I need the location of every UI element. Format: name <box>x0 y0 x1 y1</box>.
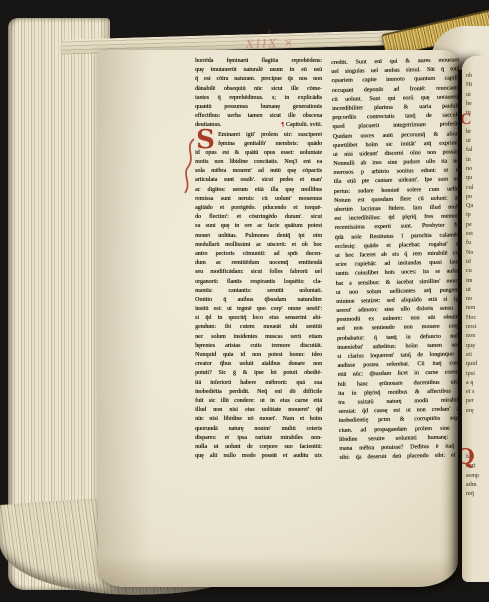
text-line: creator q̄bus uoluit aīalibus donare non <box>195 360 322 369</box>
margin-annotation: XIIX × <box>246 36 296 51</box>
left-text-column: horrēda fęminarū flagitia reprehēdens:qu… <box>195 57 322 461</box>
text-line: et s <box>466 388 489 397</box>
margin-annotation-small: t· <box>268 28 273 36</box>
text-line: tantes q̄ reprehēdimus. s; in explicādis <box>195 94 322 103</box>
text-line: ui <box>466 137 489 146</box>
text-line: sibi: q̄a deseruit deū placendo sibi: et… <box>339 451 467 463</box>
text-line: agitādo et porrigēdo. pducendo et torquē… <box>195 204 322 213</box>
text-line: cu <box>466 267 489 276</box>
text-line: remissa sunt neruis: cū uolum' mouemus <box>195 195 322 204</box>
text-line: semp <box>466 472 489 481</box>
right-text-column: credūt. Sunt enī qui & aures moueantuel … <box>331 56 467 463</box>
text-line: dānabilē obsequiū nūc sicut ille cōme- <box>195 85 322 94</box>
text-line: pe <box>466 221 489 230</box>
text-line: effectibus: uerba tamen sicut ille obsce… <box>195 112 322 121</box>
text-line: nūc nisi libidine nō mouet'. Nam et hoīm <box>195 415 322 424</box>
text-line: adm <box>466 481 489 490</box>
text-line: ea sunt quę in ore ac facie quātum potes… <box>195 222 322 231</box>
text-line: No <box>466 249 489 258</box>
text-line: be <box>466 100 489 109</box>
text-line: antro pectoris cōmuniti: ad spm̄ ducen- <box>195 250 322 259</box>
text-line: dispares: et ipsa raritate mirabiles non… <box>195 434 322 443</box>
text-line: gendum: ibi cutem moueāt ubi sentiūt <box>195 323 322 332</box>
text-line: fu <box>466 239 489 248</box>
text-line: potuit? Sic ḡ & ipse hō potuit obediē- <box>195 369 322 378</box>
text-line: ipsi <box>466 370 489 379</box>
text-line: in <box>466 156 489 165</box>
text-line: non <box>466 332 489 341</box>
text-line: Eminaret igit' prolem uir: susciperet <box>218 131 322 140</box>
text-line: quę alii nullo modo possūt et auditu uix <box>195 452 322 461</box>
text-line: q̄ est cōtra naturam. precipue q̄s nos n… <box>195 75 322 84</box>
text-line: a q <box>466 379 489 388</box>
text-line: quorundā naturę nouim' multū ceteris <box>195 425 322 434</box>
text-line: inobediētia perdidit. Neq̄ enī dō diffic… <box>195 388 322 397</box>
text-line: ut <box>466 286 489 295</box>
main-page: t· XIIX × horrēda fęminarū flagitia repr… <box>98 50 458 587</box>
text-line: Nunquid quia id non potest homo: ideo <box>195 351 322 360</box>
text-line: tiā inferiorū habere mēbrorū: quā sua <box>195 379 322 388</box>
text-line: cul <box>466 184 489 193</box>
text-line: nec solum insidentes muscas uerū etiam <box>195 333 322 342</box>
text-line: sti <box>466 351 489 360</box>
text-line: no <box>466 165 489 174</box>
text-line <box>466 435 489 444</box>
text-line: Qu <box>466 202 489 211</box>
text-line: motis non libidine concitatis. Neq3 eni … <box>195 158 322 167</box>
text-line: quantū possumus humanę generationis <box>195 103 322 112</box>
text-line: insitū est: ut tegmē quo corp' omne uest… <box>195 305 322 314</box>
text-line: organorū: flantis respirantis loquētis: … <box>195 278 322 287</box>
next-page-edge: obHiuibetubruifalinnoquculpoQuippeestfuN… <box>462 56 489 582</box>
text-line: si q̄d in quocūq̄ loco eius senserint ab… <box>195 314 322 323</box>
text-line: fuit sic illū condere: ut in eius carne … <box>195 397 322 406</box>
text-line: Omitto q̄ auibus q̄busdam naturaliter <box>195 296 322 305</box>
text-line: br <box>466 128 489 137</box>
text-line: sola mēbra mouem' ad nutū quę cōpactis <box>195 167 322 176</box>
text-line: articulata sunt ossib'. sicut pedes et m… <box>195 176 322 185</box>
text-line: mouet uolūtas. Pulmones deniq̄ ipi oīm <box>195 232 322 241</box>
text-line: Hi <box>466 81 489 90</box>
text-line <box>466 425 489 434</box>
text-line: qu <box>466 174 489 183</box>
drop-cap-initial: S <box>195 131 216 149</box>
text-line: quę imutauerūt naturalē usum in eū usū <box>195 66 322 75</box>
text-line: ac digitos: uerum etiā illa quę mollibus <box>195 186 322 195</box>
text-line: erę <box>466 407 489 416</box>
text-line: mantis: cantantis: seruiūt uoluntati. <box>195 287 322 296</box>
text-line: illud non nisi eius uolūtate moueret' q̄… <box>195 406 322 415</box>
text-line: quid <box>466 360 489 369</box>
chapter-label: Capitulū. xviii. <box>286 122 322 128</box>
text-line: dum ac remittēdum uocemq̄ emittendā <box>195 259 322 268</box>
red-initial-q: Q <box>462 444 475 471</box>
text-line: quę <box>466 342 489 351</box>
text-line: id <box>466 258 489 267</box>
red-initial-c: C <box>462 111 472 129</box>
text-line: medullarū mollissimi ac uiscerū: et ob h… <box>195 241 322 250</box>
text-line: fal <box>466 146 489 155</box>
right-body-lines: credūt. Sunt enī qui & aures moueantuel … <box>331 56 467 463</box>
text-line: non <box>466 304 489 313</box>
drop-cap-block: S Eminaret igit' prolem uir: susciperetf… <box>195 131 322 149</box>
text-line: ip <box>466 211 489 220</box>
text-line: do flectim': et cōstringēdo duram'. sicu… <box>195 213 322 222</box>
text-line: Hoc <box>466 314 489 323</box>
text-line: nost <box>466 323 489 332</box>
initial-swash <box>180 137 198 195</box>
pilcrow-mark: ¶ <box>281 122 284 128</box>
text-line: no <box>466 295 489 304</box>
text-line: seu modificādam: sicut folles fabrorū ue… <box>195 268 322 277</box>
text-line: im <box>466 277 489 286</box>
text-line: hęrentes aristas cutis tremore discutiāt… <box>195 342 322 351</box>
text-line: horrēda fęminarū flagitia reprehēdens: <box>195 57 322 66</box>
chapter-end-lines: horrēda fęminarū flagitia reprehēdens:qu… <box>195 57 322 121</box>
left-body-lines: id opus est & quātū opus esset: uoluntat… <box>195 149 322 461</box>
text-line: per <box>466 397 489 406</box>
text-line: est <box>466 230 489 239</box>
text-line: niq̄ <box>466 490 489 499</box>
text-line: ui <box>466 91 489 100</box>
text-line: ob <box>466 72 489 81</box>
text-line: nulla ut uolunt de corpore suo facientiū… <box>195 443 322 452</box>
text-line: fęmina genitalib' membris: quādo <box>218 140 322 149</box>
text-line: po <box>466 193 489 202</box>
text-line <box>466 416 489 425</box>
